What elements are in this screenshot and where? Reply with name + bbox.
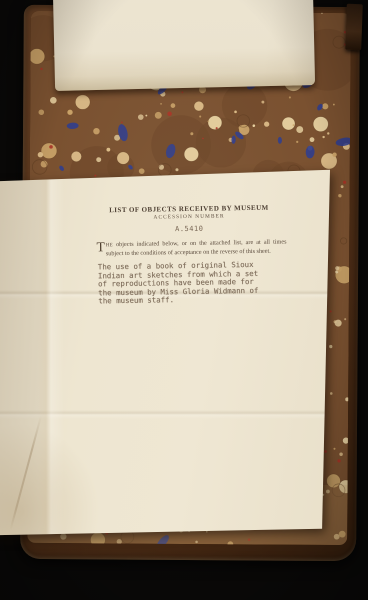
photo-stage: LIST OF OBJECTS RECEIVED BY MUSEUM ACCES…: [0, 0, 368, 600]
typewritten-note: The use of a book of original Sioux Indi…: [98, 260, 289, 306]
conditions-dropcap: T: [96, 241, 104, 254]
book-spine-edge: [345, 4, 363, 51]
accession-number: A.5410: [59, 223, 319, 235]
conditions-text: THE objects indicated below, or on the a…: [96, 238, 286, 258]
typed-note-line: the museum staff.: [98, 295, 288, 307]
flipped-page: [53, 0, 315, 91]
conditions-smallcaps: HE: [106, 243, 113, 248]
paper-surface: LIST OF OBJECTS RECEIVED BY MUSEUM ACCES…: [0, 166, 330, 538]
accession-sheet: LIST OF OBJECTS RECEIVED BY MUSEUM ACCES…: [0, 166, 330, 538]
conditions-body: objects indicated below, or on the attac…: [106, 238, 287, 257]
